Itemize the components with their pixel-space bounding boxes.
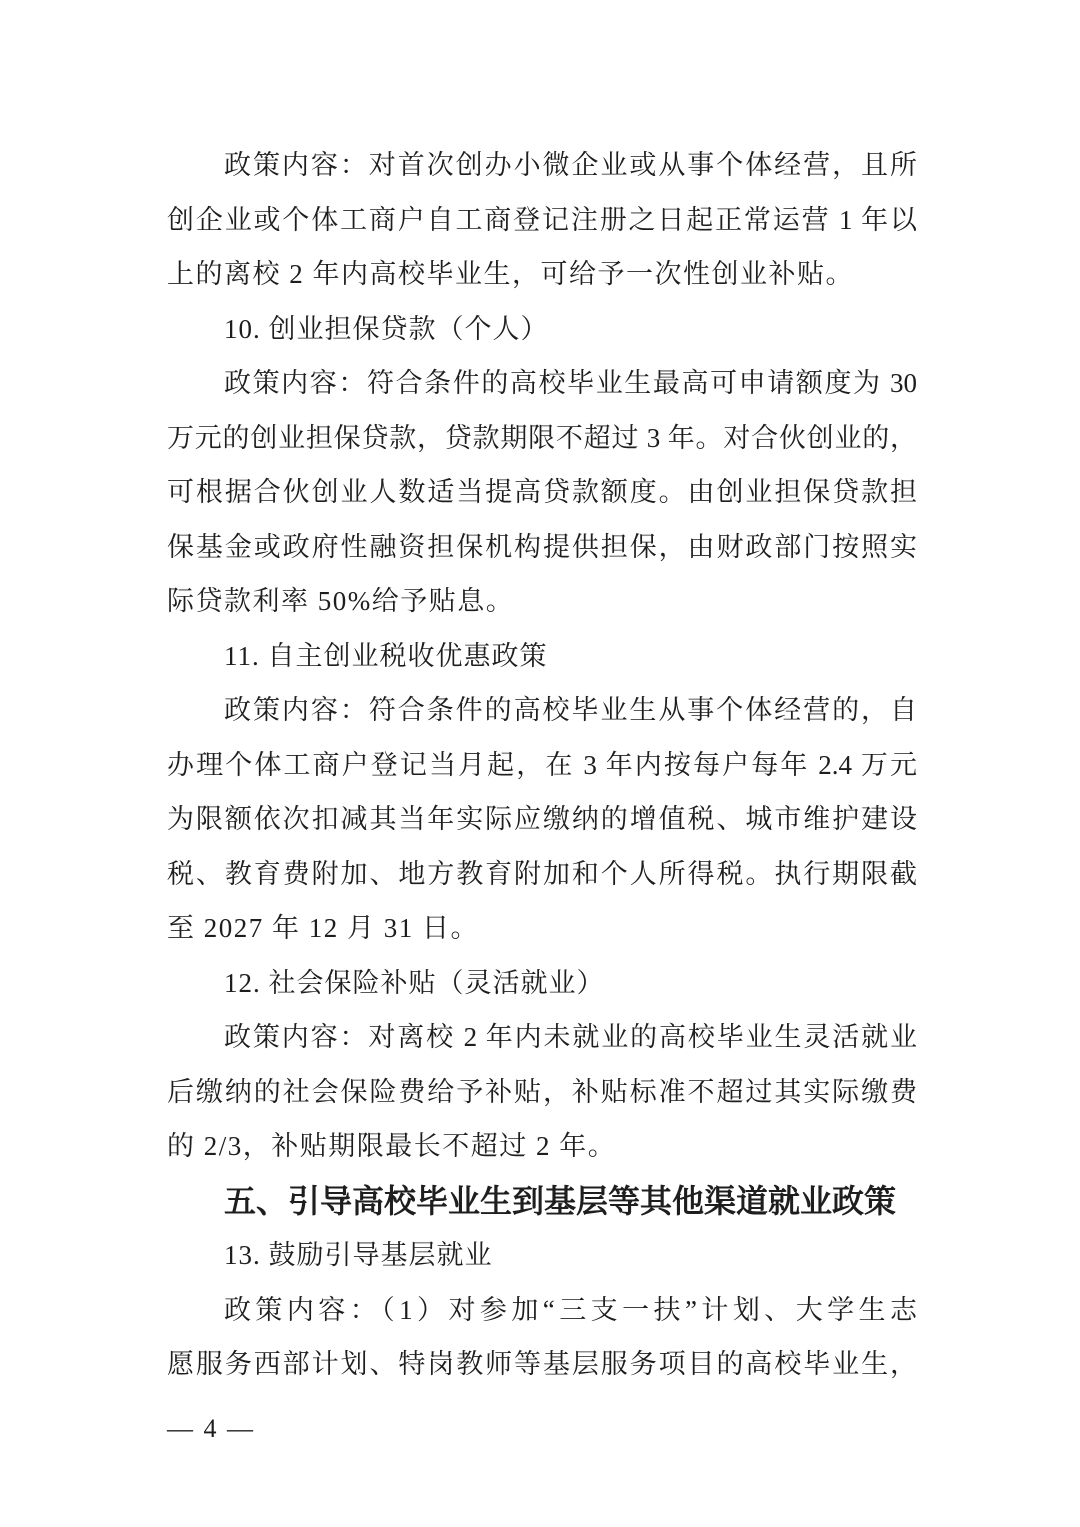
body-line: 保基金或政府性融资担保机构提供担保，由财政部门按照实 xyxy=(167,520,917,575)
body-line: 政策内容：对离校 2 年内未就业的高校毕业生灵活就业 xyxy=(167,1010,917,1065)
item-heading-10: 10. 创业担保贷款（个人） xyxy=(167,302,917,357)
body-line: 后缴纳的社会保险费给予补贴，补贴标准不超过其实际缴费 xyxy=(167,1065,917,1120)
item-heading-12: 12. 社会保险补贴（灵活就业） xyxy=(167,956,917,1011)
body-line: 的 2/3，补贴期限最长不超过 2 年。 xyxy=(167,1119,917,1174)
body-line: 办理个体工商户登记当月起，在 3 年内按每户每年 2.4 万元 xyxy=(167,738,917,793)
item-heading-13: 13. 鼓励引导基层就业 xyxy=(167,1228,917,1283)
body-line: 际贷款利率 50%给予贴息。 xyxy=(167,574,917,629)
body-line: 至 2027 年 12 月 31 日。 xyxy=(167,901,917,956)
document-page: 政策内容：对首次创办小微企业或从事个体经营，且所 创企业或个体工商户自工商登记注… xyxy=(0,0,1080,1527)
body-line: 政策内容：（1）对参加“三支一扶”计划、大学生志 xyxy=(167,1283,917,1338)
document-body: 政策内容：对首次创办小微企业或从事个体经营，且所 创企业或个体工商户自工商登记注… xyxy=(167,138,917,1392)
page-number: — 4 — xyxy=(167,1413,255,1445)
section-heading-5: 五、引导高校毕业生到基层等其他渠道就业政策 xyxy=(167,1174,917,1229)
body-line: 税、教育费附加、地方教育附加和个人所得税。执行期限截 xyxy=(167,847,917,902)
body-line: 政策内容：符合条件的高校毕业生最高可申请额度为 30 xyxy=(167,356,917,411)
item-heading-11: 11. 自主创业税收优惠政策 xyxy=(167,629,917,684)
body-line: 可根据合伙创业人数适当提高贷款额度。由创业担保贷款担 xyxy=(167,465,917,520)
body-line: 万元的创业担保贷款，贷款期限不超过 3 年。对合伙创业的， xyxy=(167,411,917,466)
body-line: 上的离校 2 年内高校毕业生，可给予一次性创业补贴。 xyxy=(167,247,917,302)
body-line: 政策内容：对首次创办小微企业或从事个体经营，且所 xyxy=(167,138,917,193)
body-line: 愿服务西部计划、特岗教师等基层服务项目的高校毕业生， xyxy=(167,1337,917,1392)
body-line: 创企业或个体工商户自工商登记注册之日起正常运营 1 年以 xyxy=(167,193,917,248)
body-line: 政策内容：符合条件的高校毕业生从事个体经营的，自 xyxy=(167,683,917,738)
body-line: 为限额依次扣减其当年实际应缴纳的增值税、城市维护建设 xyxy=(167,792,917,847)
